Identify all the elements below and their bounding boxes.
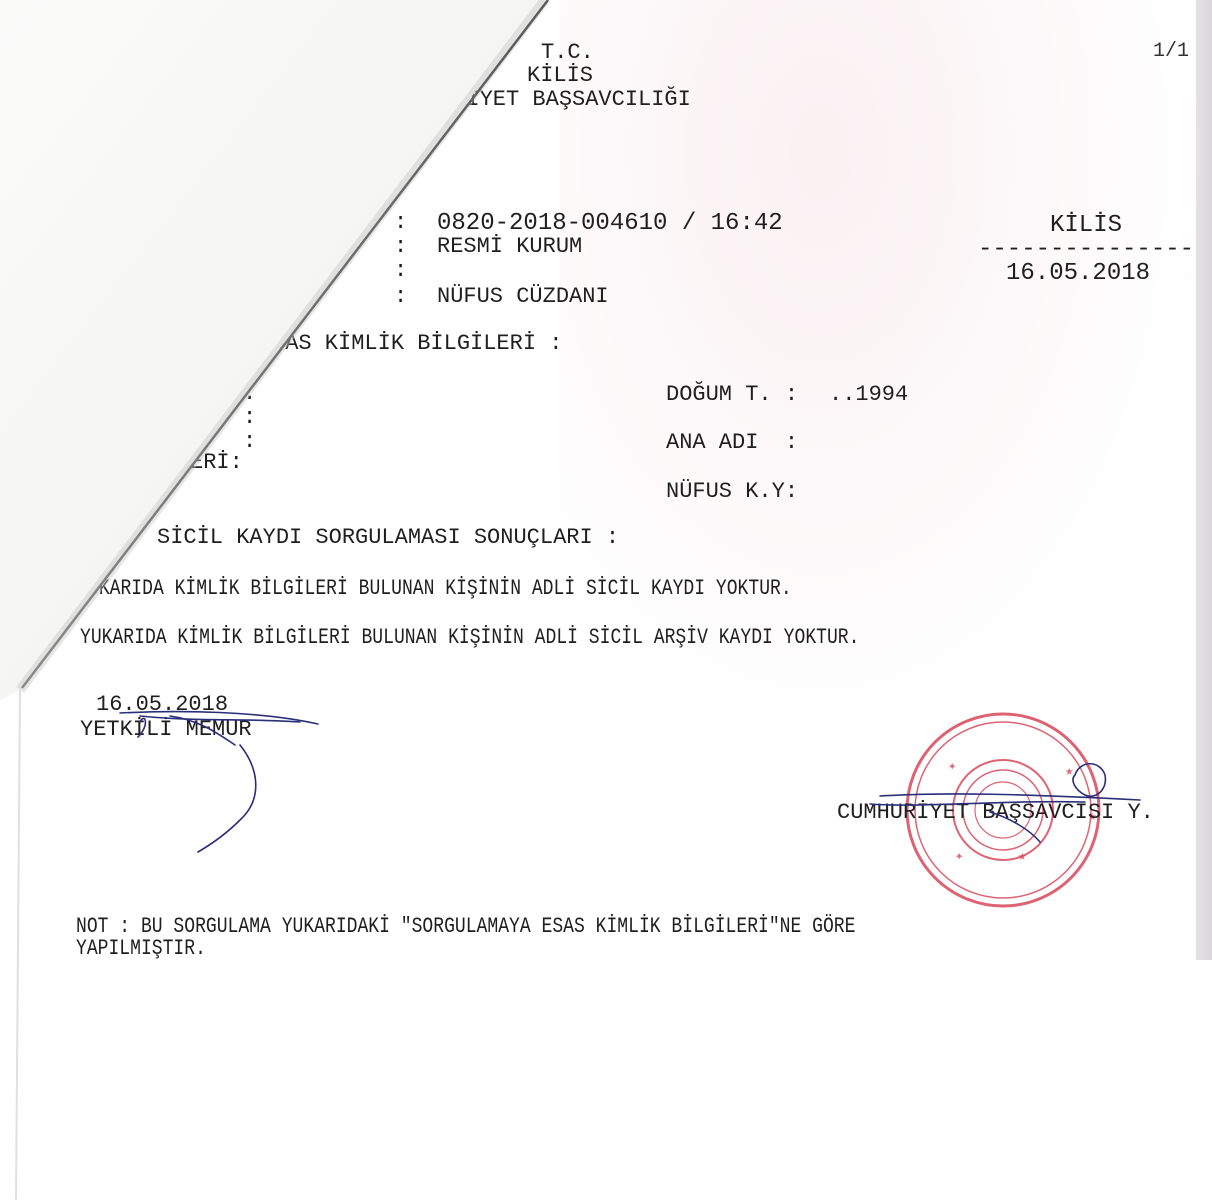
requester-type: RESMİ KURUM — [437, 236, 582, 258]
signature-left-title: YETKİLİ MEMUR — [80, 719, 252, 741]
scan-edge-shadow — [1196, 0, 1212, 960]
reference-number: 0820-2018-004610 / 16:42 — [437, 212, 783, 236]
identity-section-title: SAS KİMLİK BİLGİLERİ : — [272, 333, 562, 355]
results-section-title: SİCİL KAYDI SORGULAMASI SONUÇLARI : — [157, 527, 619, 549]
place-city: KİLİS — [1050, 214, 1122, 238]
result-line-archive-record: YUKARIDA KİMLİK BİLGİLERİ BULUNAN KİŞİNİ… — [80, 627, 859, 649]
identity-field-label: ERİ: — [190, 452, 243, 474]
place-date: 16.05.2018 — [1006, 262, 1150, 286]
info-colon: : — [394, 236, 407, 258]
header-office: ÜRİYET BAŞSAVCILIĞI — [440, 89, 691, 111]
place-separator: --------------- — [978, 238, 1194, 262]
info-colon: : — [394, 212, 407, 234]
svg-text:✦: ✦ — [948, 759, 957, 775]
birth-date-label: DOĞUM T. : — [666, 384, 798, 406]
header-city: KİLİS — [527, 65, 593, 87]
signature-left-date: 16.05.2018 — [96, 694, 228, 716]
info-colon: : — [394, 260, 407, 282]
identity-field-colon: : — [243, 431, 256, 453]
signature-right-title: CUMHURİYET BAŞSAVCISI Y. — [837, 802, 1154, 824]
note-line-1: NOT : BU SORGULAMA YUKARIDAKİ "SORGULAMA… — [76, 916, 855, 938]
note-line-2: YAPILMIŞTIR. — [76, 938, 206, 960]
header-tc: T.C. — [541, 42, 594, 64]
document-type: NÜFUS CÜZDANI — [437, 286, 609, 308]
registry-label: NÜFUS K.Y: — [666, 481, 798, 503]
svg-text:★: ★ — [1065, 764, 1074, 780]
birth-date-value: ..1994 — [829, 384, 908, 406]
result-line-criminal-record: UKARIDA KİMLİK BİLGİLERİ BULUNAN KİŞİNİN… — [88, 578, 792, 600]
info-colon: : — [394, 286, 407, 308]
svg-text:✦: ✦ — [955, 849, 964, 865]
mother-name-label: ANA ADI : — [666, 432, 798, 454]
svg-text:★: ★ — [1018, 849, 1027, 865]
identity-field-colon: : — [243, 407, 256, 429]
scanned-document-page: 1/1 T.C. KİLİS ÜRİYET BAŞSAVCILIĞI : 082… — [0, 0, 1212, 1200]
page-number: 1/1 — [1153, 42, 1189, 62]
identity-field-colon: : — [243, 383, 256, 405]
